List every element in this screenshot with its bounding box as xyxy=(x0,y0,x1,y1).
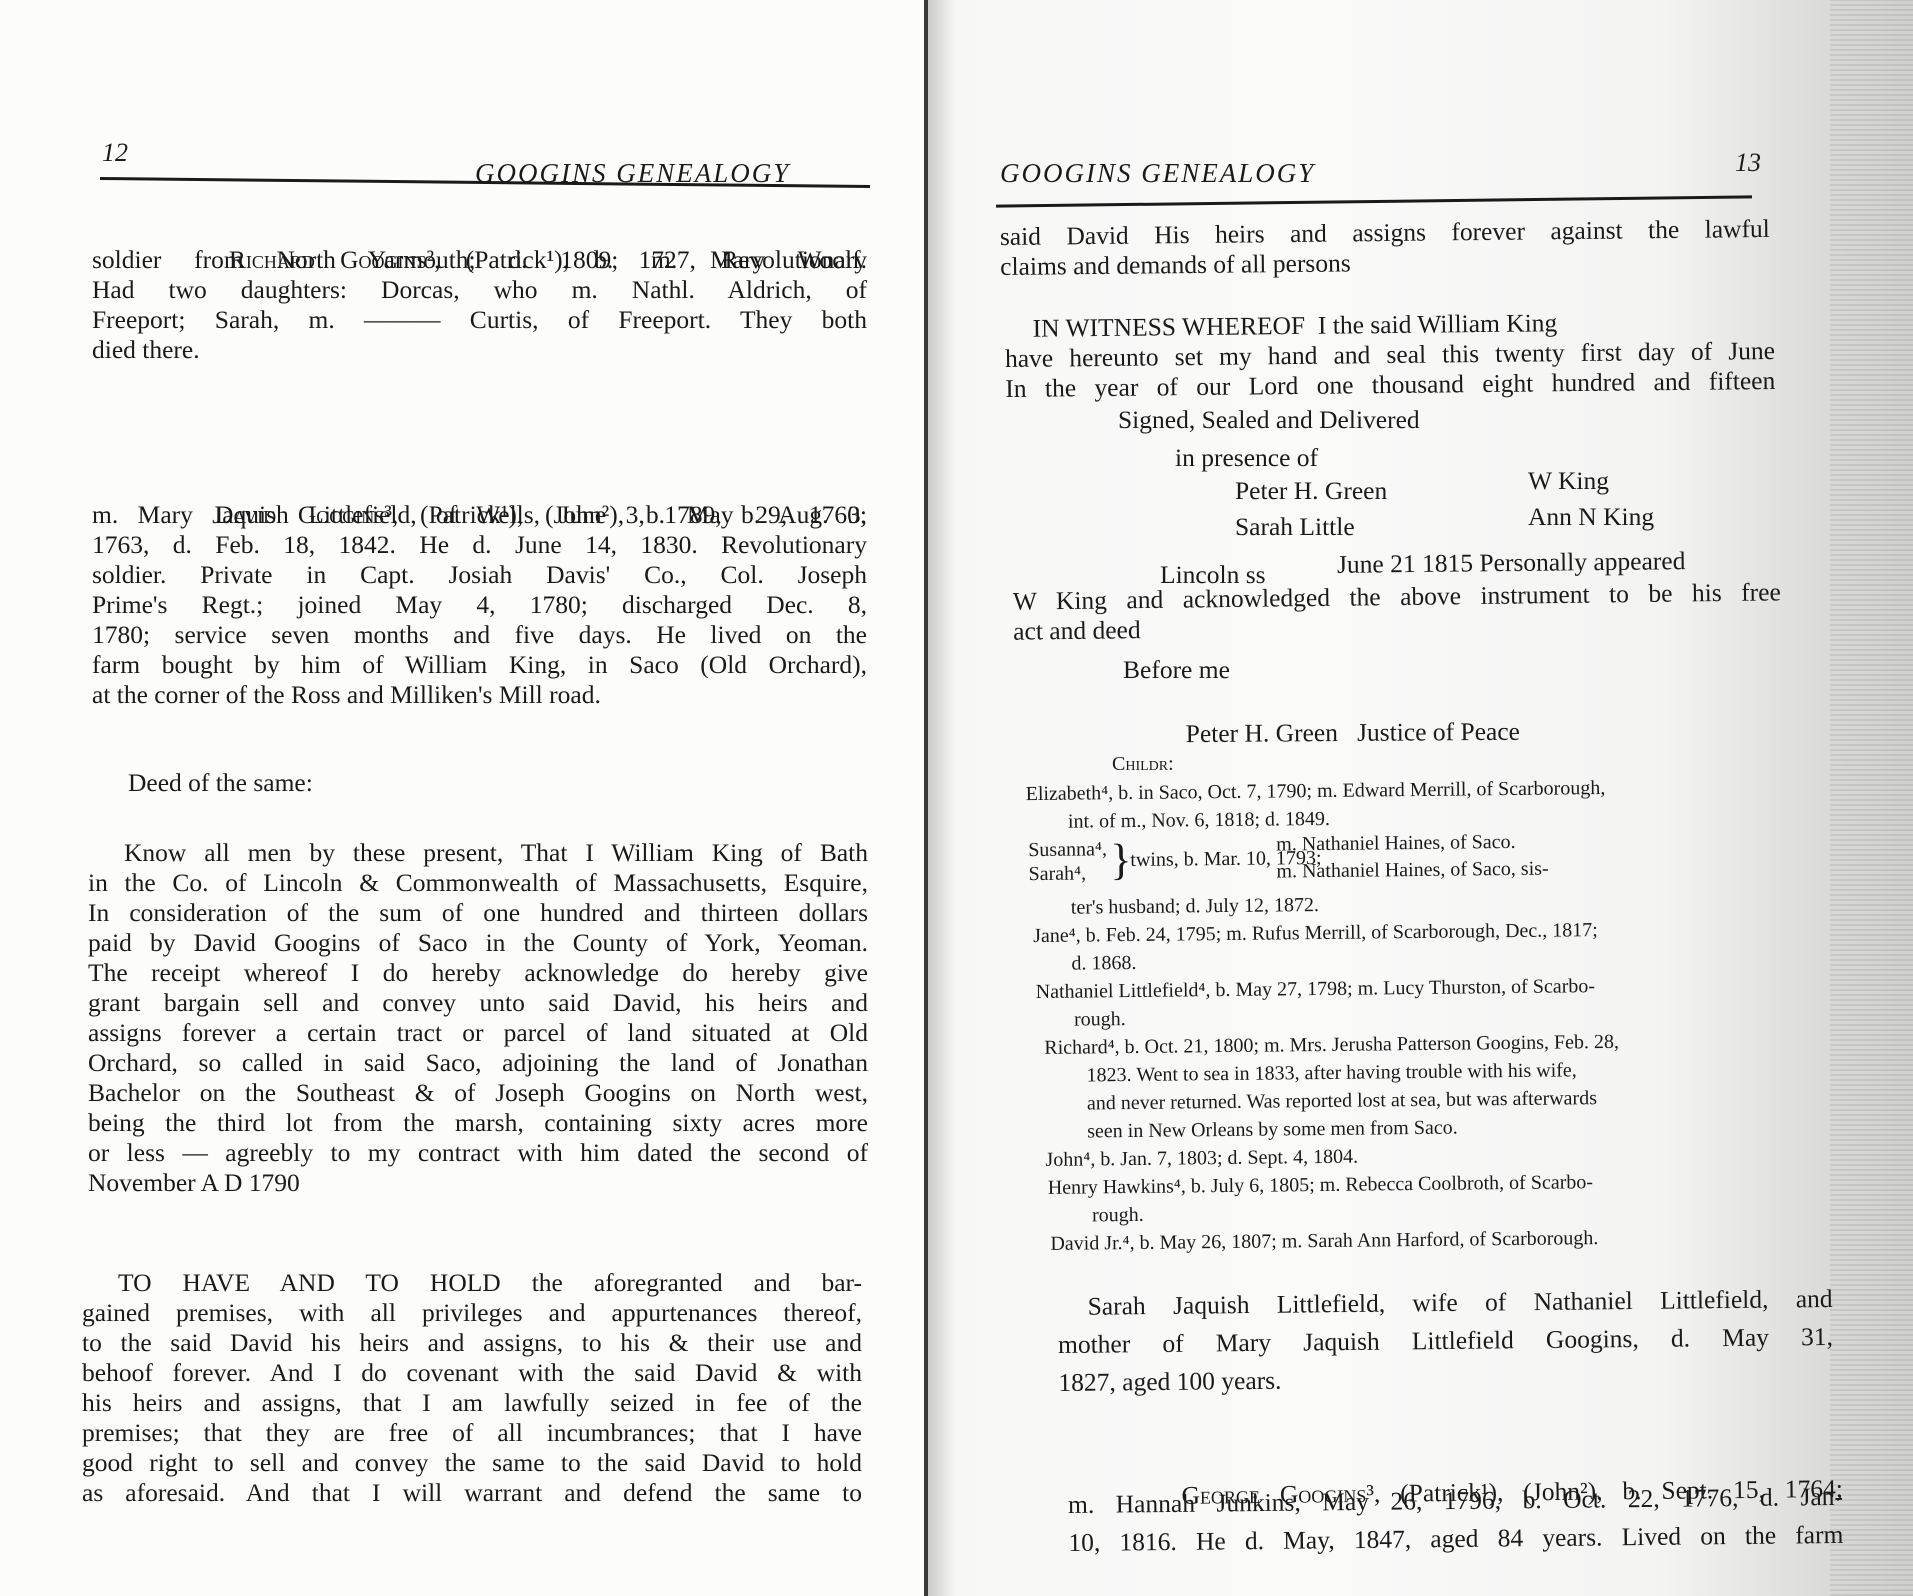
child-twins: Susanna⁴, Sarah⁴, } twins, b. Mar. 10, 1… xyxy=(1026,828,1807,894)
entry-line: 1763, d. Feb. 18, 1842. He d. June 14, 1… xyxy=(92,530,867,560)
justice-signature: Peter H. Green Justice of Peace xyxy=(1160,687,1520,720)
deed-line: November A D 1790 xyxy=(88,1168,868,1198)
brace-icon: } xyxy=(1110,835,1132,885)
justice-title: Justice of Peace xyxy=(1357,717,1520,747)
habendum-line: TO HAVE AND TO HOLD the aforegranted and… xyxy=(82,1268,862,1298)
deed-line: being the third lot from the marsh, cont… xyxy=(88,1108,868,1138)
running-head-right: GOOGINS GENEALOGY xyxy=(1000,158,1315,189)
entry-david-googins: David Googins³, (Patrick¹), (John²), b. … xyxy=(92,470,867,710)
date-line-text: June 21 1815 Personally appeared xyxy=(1337,546,1686,580)
entry-line: 1780; service seven months and five days… xyxy=(92,620,867,650)
acknowledgment-body: W King and acknowledged the above instru… xyxy=(1013,577,1782,646)
children-list: Elizabeth⁴, b. in Saco, Oct. 7, 1790; m.… xyxy=(1026,772,1811,1258)
children-heading: Childr: xyxy=(1112,750,1174,778)
sarah-littlefield-note: Sarah Jaquish Littlefield, wife of Natha… xyxy=(1057,1284,1833,1398)
children-heading-text: Childr: xyxy=(1112,750,1174,778)
deed-intro: Deed of the same: xyxy=(128,768,313,798)
in-presence-of-text: in presence of xyxy=(1175,443,1318,473)
entry-line: at the corner of the Ross and Milliken's… xyxy=(92,680,867,710)
deed-line: The receipt whereof I do hereby acknowle… xyxy=(88,958,868,988)
signed-sealed: Signed, Sealed and Delivered xyxy=(1118,405,1420,435)
signer-name: W King xyxy=(1528,466,1654,502)
signed-sealed-text: Signed, Sealed and Delivered xyxy=(1118,405,1420,435)
entry-line: Prime's Regt.; joined May 4, 1780; disch… xyxy=(92,590,867,620)
witness-name: Peter H. Green xyxy=(1235,476,1387,512)
entry-line: soldier from North Yarmouth; d. 1809; m.… xyxy=(92,245,867,275)
entry-line: farm bought by him of William King, in S… xyxy=(92,650,867,680)
entry-george-googins: George Googins³, (Patrick¹), (John²), b.… xyxy=(1067,1444,1843,1558)
deed-line: or less — agreebly to my contract with h… xyxy=(88,1138,868,1168)
entry-richard-googins: Richard Googins², (Patrick¹), b. 1727, R… xyxy=(92,215,867,365)
before-me-text: Before me xyxy=(1123,655,1230,685)
gutter-shadow xyxy=(928,0,956,1596)
habendum-line: premises; that they are free of all incu… xyxy=(82,1418,862,1448)
habendum-line: good right to sell and convey the same t… xyxy=(82,1448,862,1478)
witness-names: Peter H. Green Sarah Little xyxy=(1235,476,1387,542)
witness-clause: IN WITNESS WHEREOF I the said William Ki… xyxy=(1005,306,1776,404)
deed-line: In consideration of the sum of one hundr… xyxy=(88,898,868,928)
habendum-paragraph: TO HAVE AND TO HOLD the aforegranted and… xyxy=(82,1268,862,1508)
habendum-line: as aforesaid. And that I will warrant an… xyxy=(82,1478,862,1508)
page-edge-shading xyxy=(1830,0,1913,1596)
habendum-line: gained premises, with all privileges and… xyxy=(82,1298,862,1328)
deed-line: Bachelor on the Southeast & of Joseph Go… xyxy=(88,1078,868,1108)
twin-spouse: m. Nathaniel Haines, of Saco. xyxy=(1276,829,1548,859)
habendum-line: behoof forever. And I do covenant with t… xyxy=(82,1358,862,1388)
entry-line: m. Mary Jaquish Littlefield, of Wells, J… xyxy=(92,500,867,530)
deed-continued: said David His heirs and assigns forever… xyxy=(1000,214,1771,282)
deed-intro-text: Deed of the same: xyxy=(128,768,313,798)
entry-line: died there. xyxy=(92,335,867,365)
habendum-line: to the said David his heirs and assigns,… xyxy=(82,1328,862,1358)
twin-spouse: m. Nathaniel Haines, of Saco, sis- xyxy=(1276,856,1548,886)
entry-line: Had two daughters: Dorcas, who m. Nathl.… xyxy=(92,275,867,305)
deed-line: Know all men by these present, That I Wi… xyxy=(88,838,868,868)
signer-names: W King Ann N King xyxy=(1528,466,1654,532)
signer-name: Ann N King xyxy=(1528,502,1654,532)
in-presence-of: in presence of xyxy=(1175,443,1318,473)
deed-line: Orchard, so called in said Saco, adjoini… xyxy=(88,1048,868,1078)
entry-line: Freeport; Sarah, m. ——— Curtis, of Freep… xyxy=(92,305,867,335)
acknowledgment-date: June 21 1815 Personally appeared xyxy=(1337,546,1686,580)
deed-line: in the Co. of Lincoln & Commonwealth of … xyxy=(88,868,868,898)
witness-name: Sarah Little xyxy=(1235,512,1387,542)
habendum-line: his heirs and assigns, that I am lawfull… xyxy=(82,1388,862,1418)
page-number-left: 12 xyxy=(102,138,128,168)
twin-name: Susanna⁴, xyxy=(1028,837,1107,862)
entry-line: soldier. Private in Capt. Josiah Davis' … xyxy=(92,560,867,590)
page-number-right: 13 xyxy=(1735,148,1761,178)
before-me: Before me xyxy=(1123,655,1230,685)
twin-name: Sarah⁴, xyxy=(1028,861,1107,886)
deed-paragraph: Know all men by these present, That I Wi… xyxy=(88,838,868,1198)
deed-line: grant bargain sell and convey unto said … xyxy=(88,988,868,1018)
justice-name: Peter H. Green xyxy=(1186,718,1338,748)
deed-line: assigns forever a certain tract or parce… xyxy=(88,1018,868,1048)
deed-line: paid by David Googins of Saco in the Cou… xyxy=(88,928,868,958)
